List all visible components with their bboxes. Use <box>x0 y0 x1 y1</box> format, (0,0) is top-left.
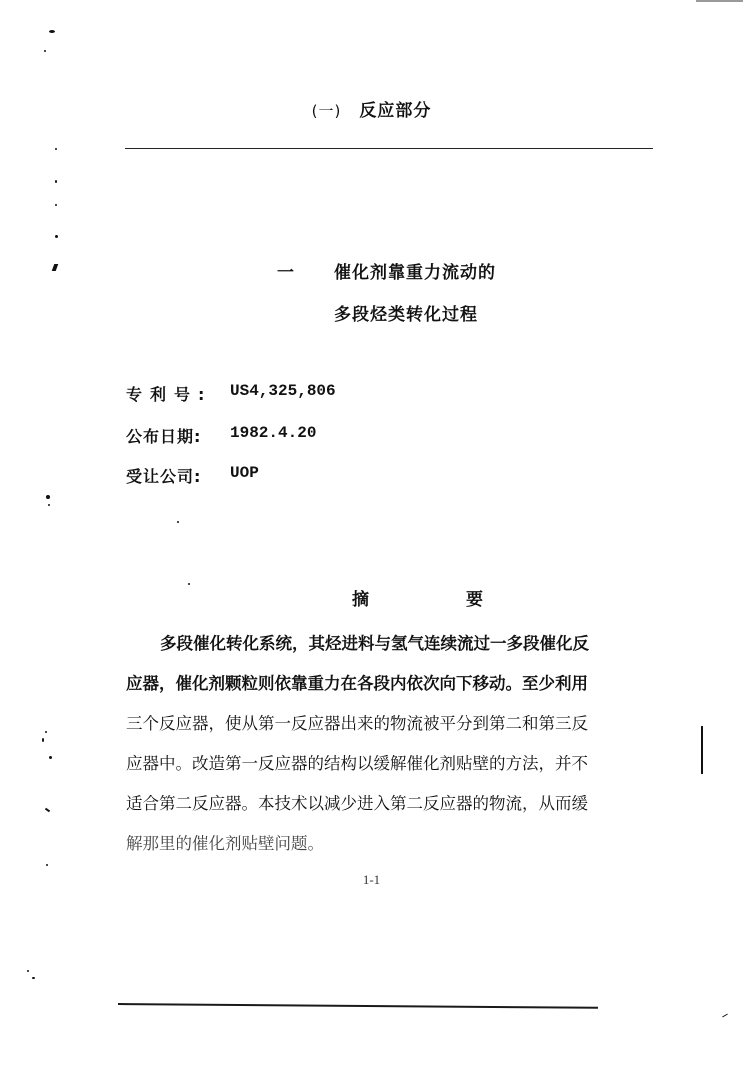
abstract-heading-char-1: 摘 <box>352 585 369 610</box>
abstract-line-5: 适合第二反应器。本技术以减少进入第二反应器的物流，从而缓 <box>126 784 656 824</box>
abstract-line-4: 应器中。改造第一反应器的结构以缓解催化剂贴壁的方法，并不 <box>126 744 656 784</box>
metadata-label: 专利号: <box>126 382 230 405</box>
metadata-value: UOP <box>230 464 259 487</box>
scan-speck <box>52 264 59 271</box>
scan-speck <box>49 756 52 759</box>
scan-speck <box>49 30 55 33</box>
metadata-assignee: 受让公司: UOP <box>126 464 259 487</box>
scan-speck <box>188 583 190 585</box>
scan-speck <box>55 235 58 238</box>
metadata-value: US4,325,806 <box>230 382 336 405</box>
scan-speck <box>177 521 179 523</box>
metadata-label: 受让公司: <box>126 464 230 487</box>
article-title-line-2: 多段烃类转化过程 <box>334 300 478 325</box>
heading-divider <box>125 148 653 149</box>
scan-speck <box>46 864 48 866</box>
scan-speck <box>42 738 44 742</box>
scan-speck <box>45 808 50 813</box>
scan-speck <box>44 50 46 52</box>
metadata-value: 1982.4.20 <box>230 424 316 447</box>
abstract-line-2: 应器，催化剂颗粒则依靠重力在各段内依次向下移动。至少利用 <box>126 664 656 704</box>
scan-speck <box>45 731 47 733</box>
footer-divider <box>118 1003 598 1009</box>
metadata-label: 公布日期: <box>126 424 230 447</box>
article-title-line-1: 催化剂靠重力流动的 <box>334 258 496 283</box>
scan-speck <box>46 495 50 499</box>
section-marker: (一) <box>312 102 342 120</box>
margin-vertical-mark <box>701 726 703 774</box>
abstract-line-6: 解那里的催化剂贴壁问题。 <box>126 824 656 864</box>
section-title: 反应部分 <box>359 101 431 121</box>
scan-speck <box>55 180 57 183</box>
scan-speck <box>27 970 29 972</box>
metadata-publication-date: 公布日期: 1982.4.20 <box>126 424 316 447</box>
abstract-line-1: 多段催化转化系统，其烃进料与氢气连续流过一多段催化反 <box>126 624 656 664</box>
page-number: 1-1 <box>0 872 743 888</box>
scan-speck <box>32 977 35 979</box>
scan-speck <box>55 148 57 150</box>
metadata-patent-number: 专利号: US4,325,806 <box>126 382 336 405</box>
abstract-body: 多段催化转化系统，其烃进料与氢气连续流过一多段催化反 应器，催化剂颗粒则依靠重力… <box>126 624 656 864</box>
abstract-heading-char-2: 要 <box>466 585 483 610</box>
article-number: 一 <box>277 258 294 283</box>
abstract-line-3: 三个反应器，使从第一反应器出来的物流被平分到第二和第三反 <box>126 704 656 744</box>
scan-speck <box>722 1014 728 1018</box>
scan-speck <box>48 504 50 506</box>
scan-speck <box>55 204 57 206</box>
scan-edge-mark <box>696 0 743 2</box>
section-heading: (一)反应部分 <box>0 96 743 121</box>
